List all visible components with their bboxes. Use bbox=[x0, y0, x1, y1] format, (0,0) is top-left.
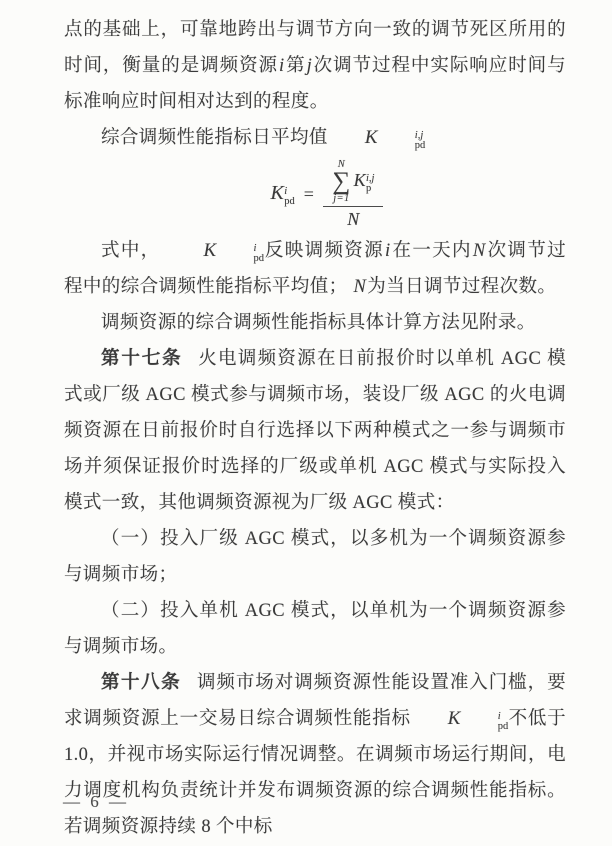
paragraph-article-18: 第十八条调频市场对调频资源性能设置准入门槛，要求调频资源上一交易日综合调频性能指… bbox=[64, 665, 566, 845]
math-base-k: K bbox=[365, 127, 378, 148]
summation-lower-limit: j=1 bbox=[333, 193, 349, 204]
text-run: 火电调频资源在日前报价时以单机 AGC 模式或厂级 AGC 模式参与调频市场，装… bbox=[64, 349, 566, 513]
text-run: 式中， bbox=[101, 241, 167, 261]
fraction-numerator: N ∑ j=1 Ki,jp bbox=[323, 159, 383, 207]
math-subscript: pd bbox=[284, 197, 295, 207]
math-subscript: p bbox=[366, 184, 374, 194]
text-run: （一）投入厂级 AGC 模式，以多机为一个调频资源参与调频市场； bbox=[64, 529, 566, 585]
paragraph-article-17: 第十七条火电调频资源在日前报价时以单机 AGC 模式或厂级 AGC 模式参与调频… bbox=[64, 341, 566, 521]
document-page: 点的基础上，可靠地跨出与调节方向一致的调节死区所用的时间，衡量的是调频资源i第j… bbox=[0, 0, 612, 846]
math-base-k: K bbox=[448, 708, 461, 729]
math-superscript: i,j bbox=[366, 174, 374, 184]
text-run: 在一天内 bbox=[392, 241, 472, 261]
math-var-n: N bbox=[353, 277, 368, 297]
text-run: 为当日调节过程次数。 bbox=[367, 277, 556, 297]
formula-kpd-average: Kipd = N ∑ j=1 Ki,jp N bbox=[88, 159, 566, 230]
math-var-j: j bbox=[306, 56, 314, 76]
formula-lhs-kpd: Kipd bbox=[271, 182, 295, 207]
math-base-k: K bbox=[271, 182, 285, 204]
paragraph-response-time: 点的基础上，可靠地跨出与调节方向一致的调节死区所用的时间，衡量的是调频资源i第j… bbox=[64, 12, 566, 120]
math-base-k: K bbox=[354, 170, 366, 190]
article-17-label: 第十七条 bbox=[101, 349, 183, 369]
math-symbol-kpd-i: Kipd bbox=[167, 233, 264, 269]
paragraph-daily-average-index: 综合调频性能指标日平均值Ki,jpd bbox=[64, 120, 566, 156]
text-run: （二）投入单机 AGC 模式，以单机为一个调频资源参与调频市场。 bbox=[64, 601, 566, 657]
equals-sign: = bbox=[302, 184, 317, 205]
formula-term-kp: Ki,jp bbox=[354, 170, 375, 194]
math-subscript: pd bbox=[461, 722, 509, 732]
article-18-label: 第十八条 bbox=[101, 673, 181, 693]
math-var-i: i bbox=[384, 241, 392, 261]
fraction: N ∑ j=1 Ki,jp N bbox=[323, 159, 383, 230]
math-var-n: N bbox=[472, 241, 487, 261]
math-symbol-kpd-ij: Ki,jpd bbox=[328, 120, 425, 156]
fraction-denominator: N bbox=[347, 207, 359, 230]
paragraph-formula-explanation: 式中， Kipd反映调频资源i在一天内N次调节过程中的综合调频性能指标平均值； … bbox=[64, 233, 566, 305]
math-subscript: pd bbox=[378, 141, 426, 151]
text-run: 第 bbox=[286, 56, 306, 76]
math-base-k: K bbox=[204, 240, 217, 261]
paragraph-item-2: （二）投入单机 AGC 模式，以单机为一个调频资源参与调频市场。 bbox=[64, 593, 566, 665]
math-symbol-kpd-i: Kipd bbox=[411, 701, 508, 737]
document-body: 点的基础上，可靠地跨出与调节方向一致的调节死区所用的时间，衡量的是调频资源i第j… bbox=[64, 12, 566, 845]
paragraph-item-1: （一）投入厂级 AGC 模式，以多机为一个调频资源参与调频市场； bbox=[64, 521, 566, 593]
text-run: 调频资源的综合调频性能指标具体计算方法见附录。 bbox=[101, 313, 536, 333]
summation-symbol: N ∑ j=1 bbox=[332, 159, 350, 204]
sigma-icon: ∑ bbox=[332, 170, 350, 193]
text-run: 综合调频性能指标日平均值 bbox=[101, 128, 328, 148]
page-number: — 6 — bbox=[63, 792, 129, 812]
math-var-i: i bbox=[278, 56, 286, 76]
paragraph-appendix-reference: 调频资源的综合调频性能指标具体计算方法见附录。 bbox=[64, 305, 566, 341]
text-run: 反映调频资源 bbox=[264, 241, 384, 261]
math-subscript: pd bbox=[216, 254, 264, 264]
